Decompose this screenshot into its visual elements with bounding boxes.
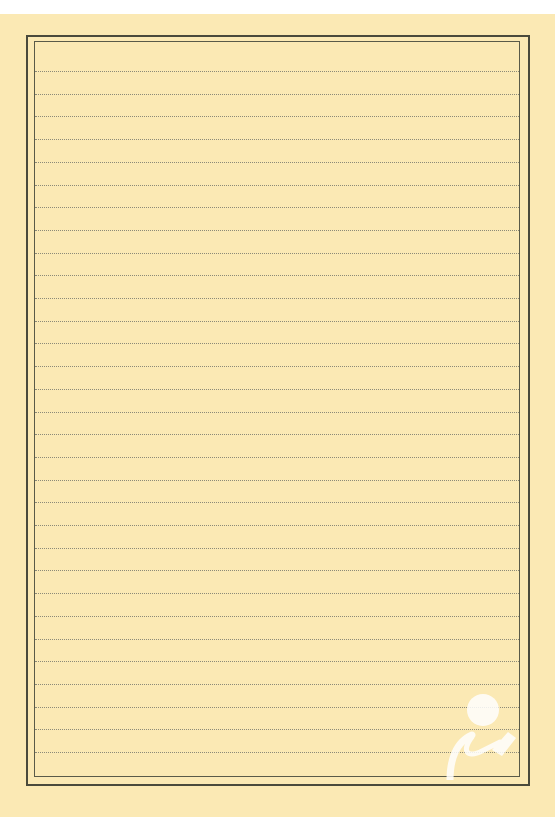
ruled-line — [35, 116, 519, 117]
reading-person-icon — [420, 680, 530, 780]
ruled-line — [35, 639, 519, 640]
ruled-line — [35, 661, 519, 662]
ruled-line — [35, 139, 519, 140]
ruled-line — [35, 253, 519, 254]
ruled-line — [35, 593, 519, 594]
ruled-line — [35, 298, 519, 299]
ruled-line — [35, 185, 519, 186]
ruled-line — [35, 502, 519, 503]
ruled-line — [35, 207, 519, 208]
ruled-line — [35, 275, 519, 276]
ruled-line — [35, 321, 519, 322]
ruled-line — [35, 525, 519, 526]
ruled-line — [35, 412, 519, 413]
ruled-line — [35, 548, 519, 549]
ruled-line — [35, 389, 519, 390]
inner-border — [34, 41, 520, 777]
ruled-line — [35, 480, 519, 481]
ruled-line — [35, 343, 519, 344]
ruled-line — [35, 366, 519, 367]
ruled-line — [35, 616, 519, 617]
ruled-line — [35, 71, 519, 72]
ruled-line — [35, 434, 519, 435]
ruled-line — [35, 457, 519, 458]
ruled-line — [35, 94, 519, 95]
ruled-line — [35, 162, 519, 163]
ruled-line — [35, 230, 519, 231]
ruled-line — [35, 570, 519, 571]
